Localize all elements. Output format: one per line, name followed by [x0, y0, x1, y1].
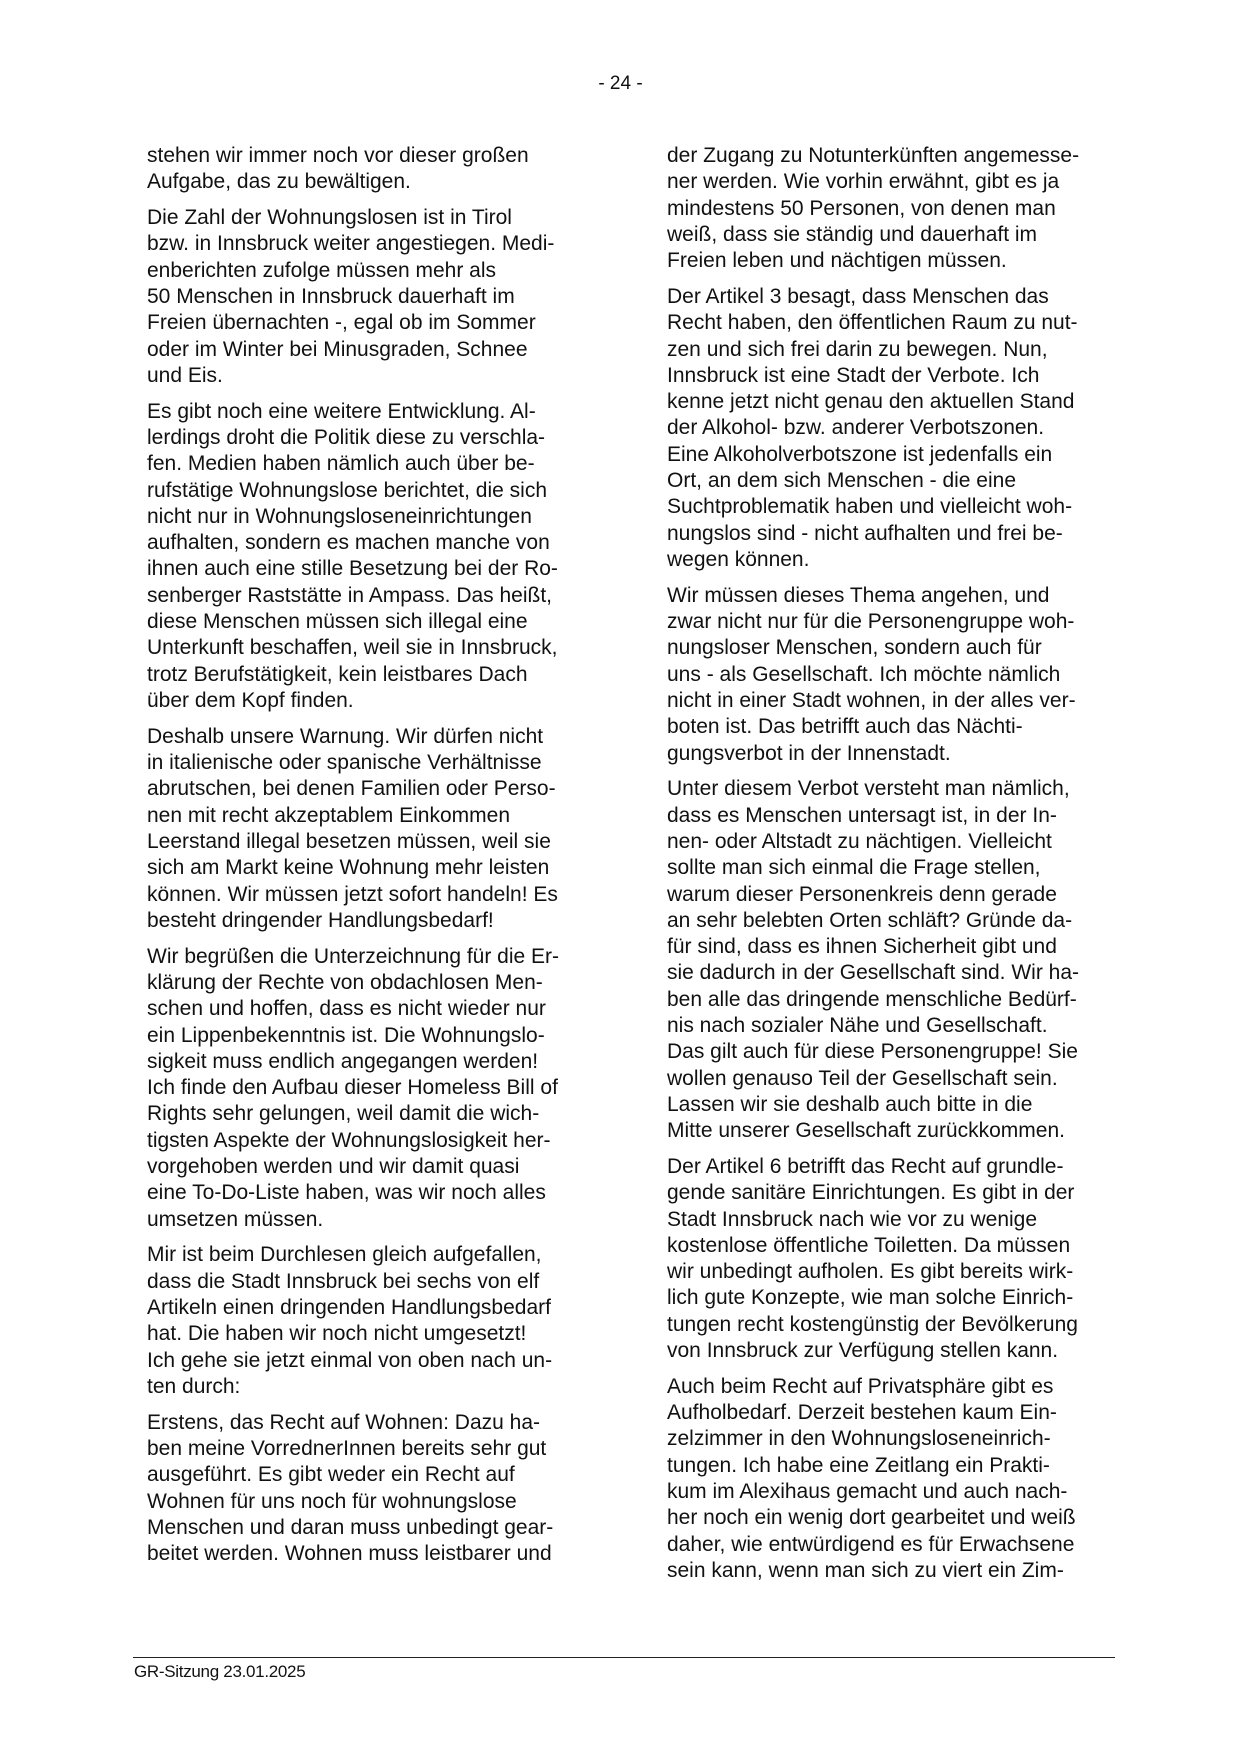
text-line: ausgeführt. Es gibt weder ein Recht auf [147, 1462, 607, 1488]
text-line: Aufgabe, das zu bewältigen. [147, 169, 607, 195]
text-line: stehen wir immer noch vor dieser großen [147, 143, 607, 169]
text-line: kum im Alexihaus gemacht und auch nach- [667, 1479, 1127, 1505]
text-line: Menschen und daran muss unbedingt gear- [147, 1515, 607, 1541]
text-line: ben meine VorrednerInnen bereits sehr gu… [147, 1436, 607, 1462]
text-line: Unter diesem Verbot versteht man nämlich… [667, 776, 1127, 802]
text-line: Lassen wir sie deshalb auch bitte in die [667, 1092, 1127, 1118]
text-line: eine To-Do-Liste haben, was wir noch all… [147, 1180, 607, 1206]
footer-divider [133, 1657, 1115, 1658]
text-line: in italienische oder spanische Verhältni… [147, 750, 607, 776]
text-line: Mitte unserer Gesellschaft zurückkommen. [667, 1118, 1127, 1144]
text-line: zelzimmer in den Wohnungsloseneinrich- [667, 1426, 1127, 1452]
text-line: fen. Medien haben nämlich auch über be- [147, 451, 607, 477]
paragraph: Erstens, das Recht auf Wohnen: Dazu ha-b… [147, 1410, 607, 1568]
text-line: tungen. Ich habe eine Zeitlang ein Prakt… [667, 1453, 1127, 1479]
text-line: Suchtproblematik haben und vielleicht wo… [667, 494, 1127, 520]
text-line: vorgehoben werden und wir damit quasi [147, 1154, 607, 1180]
text-line: besteht dringender Handlungsbedarf! [147, 908, 607, 934]
text-line: nen- oder Altstadt zu nächtigen. Viellei… [667, 829, 1127, 855]
text-line: sein kann, wenn man sich zu viert ein Zi… [667, 1558, 1127, 1584]
text-line: ben alle das dringende menschliche Bedür… [667, 987, 1127, 1013]
text-line: sollte man sich einmal die Frage stellen… [667, 855, 1127, 881]
left-column: stehen wir immer noch vor dieser großenA… [147, 143, 607, 1577]
text-line: rufstätige Wohnungslose berichtet, die s… [147, 478, 607, 504]
text-line: weiß, dass sie ständig und dauerhaft im [667, 222, 1127, 248]
text-line: an sehr belebten Orten schläft? Gründe d… [667, 908, 1127, 934]
paragraph: Es gibt noch eine weitere Entwicklung. A… [147, 399, 607, 715]
text-line: ner werden. Wie vorhin erwähnt, gibt es … [667, 169, 1127, 195]
text-line: ein Lippenbekenntnis ist. Die Wohnungslo… [147, 1023, 607, 1049]
text-line: über dem Kopf finden. [147, 688, 607, 714]
text-line: und Eis. [147, 363, 607, 389]
text-line: aufhalten, sondern es machen manche von [147, 530, 607, 556]
paragraph: der Zugang zu Notunterkünften angemesse-… [667, 143, 1127, 274]
text-line: der Alkohol- bzw. anderer Verbotszonen. [667, 415, 1127, 441]
text-line: schen und hoffen, dass es nicht wieder n… [147, 996, 607, 1022]
text-line: zwar nicht nur für die Personengruppe wo… [667, 609, 1127, 635]
text-line: Aufholbedarf. Derzeit bestehen kaum Ein- [667, 1400, 1127, 1426]
text-line: Wir begrüßen die Unterzeichnung für die … [147, 944, 607, 970]
text-line: klärung der Rechte von obdachlosen Men- [147, 970, 607, 996]
paragraph: Die Zahl der Wohnungslosen ist in Tirolb… [147, 205, 607, 389]
text-line: Deshalb unsere Warnung. Wir dürfen nicht [147, 724, 607, 750]
paragraph: stehen wir immer noch vor dieser großenA… [147, 143, 607, 196]
text-line: nicht nur in Wohnungsloseneinrichtungen [147, 504, 607, 530]
text-line: Freien übernachten -, egal ob im Sommer [147, 310, 607, 336]
text-line: nungslos sind - nicht aufhalten und frei… [667, 521, 1127, 547]
text-line: Innsbruck ist eine Stadt der Verbote. Ic… [667, 363, 1127, 389]
text-line: sie dadurch in der Gesellschaft sind. Wi… [667, 960, 1127, 986]
text-line: Recht haben, den öffentlichen Raum zu nu… [667, 310, 1127, 336]
text-line: Mir ist beim Durchlesen gleich aufgefall… [147, 1242, 607, 1268]
text-line: Artikeln einen dringenden Handlungsbedar… [147, 1295, 607, 1321]
text-line: Auch beim Recht auf Privatsphäre gibt es [667, 1374, 1127, 1400]
text-line: ten durch: [147, 1374, 607, 1400]
text-line: oder im Winter bei Minusgraden, Schnee [147, 337, 607, 363]
paragraph: Der Artikel 6 betrifft das Recht auf gru… [667, 1154, 1127, 1364]
text-line: Wohnen für uns noch für wohnungslose [147, 1489, 607, 1515]
text-line: kenne jetzt nicht genau den aktuellen St… [667, 389, 1127, 415]
text-line: Ort, an dem sich Menschen - die eine [667, 468, 1127, 494]
paragraph: Auch beim Recht auf Privatsphäre gibt es… [667, 1374, 1127, 1584]
paragraph: Wir müssen dieses Thema angehen, undzwar… [667, 583, 1127, 767]
text-line: nicht in einer Stadt wohnen, in der alle… [667, 688, 1127, 714]
text-line: wir unbedingt aufholen. Es gibt bereits … [667, 1259, 1127, 1285]
text-line: Der Artikel 3 besagt, dass Menschen das [667, 284, 1127, 310]
text-line: Der Artikel 6 betrifft das Recht auf gru… [667, 1154, 1127, 1180]
text-line: gungsverbot in der Innenstadt. [667, 741, 1127, 767]
text-line: senberger Raststätte in Ampass. Das heiß… [147, 583, 607, 609]
text-line: 50 Menschen in Innsbruck dauerhaft im [147, 284, 607, 310]
text-line: können. Wir müssen jetzt sofort handeln!… [147, 882, 607, 908]
text-line: tungen recht kostengünstig der Bevölkeru… [667, 1312, 1127, 1338]
text-line: der Zugang zu Notunterkünften angemesse- [667, 143, 1127, 169]
text-line: Das gilt auch für diese Personengruppe! … [667, 1039, 1127, 1065]
text-line: Rights sehr gelungen, weil damit die wic… [147, 1101, 607, 1127]
text-line: dass es Menschen untersagt ist, in der I… [667, 803, 1127, 829]
text-line: Freien leben und nächtigen müssen. [667, 248, 1127, 274]
text-line: wegen können. [667, 547, 1127, 573]
text-line: beitet werden. Wohnen muss leistbarer un… [147, 1541, 607, 1567]
text-line: gende sanitäre Einrichtungen. Es gibt in… [667, 1180, 1127, 1206]
paragraph: Mir ist beim Durchlesen gleich aufgefall… [147, 1242, 607, 1400]
text-line: von Innsbruck zur Verfügung stellen kann… [667, 1338, 1127, 1364]
text-line: uns - als Gesellschaft. Ich möchte nämli… [667, 662, 1127, 688]
text-line: lich gute Konzepte, wie man solche Einri… [667, 1285, 1127, 1311]
text-line: lerdings droht die Politik diese zu vers… [147, 425, 607, 451]
text-line: bzw. in Innsbruck weiter angestiegen. Me… [147, 231, 607, 257]
right-column: der Zugang zu Notunterkünften angemesse-… [667, 143, 1127, 1594]
text-line: nen mit recht akzeptablem Einkommen [147, 803, 607, 829]
text-line: her noch ein wenig dort gearbeitet und w… [667, 1505, 1127, 1531]
text-line: Unterkunft beschaffen, weil sie in Innsb… [147, 635, 607, 661]
text-line: tigsten Aspekte der Wohnungslosigkeit he… [147, 1128, 607, 1154]
text-line: boten ist. Das betrifft auch das Nächti- [667, 714, 1127, 740]
text-line: diese Menschen müssen sich illegal eine [147, 609, 607, 635]
footer-session-label: GR-Sitzung 23.01.2025 [134, 1661, 305, 1683]
text-line: ihnen auch eine stille Besetzung bei der… [147, 556, 607, 582]
text-line: enberichten zufolge müssen mehr als [147, 258, 607, 284]
text-line: zen und sich frei darin zu bewegen. Nun, [667, 337, 1127, 363]
paragraph: Unter diesem Verbot versteht man nämlich… [667, 776, 1127, 1144]
text-line: Eine Alkoholverbotszone ist jedenfalls e… [667, 442, 1127, 468]
paragraph: Wir begrüßen die Unterzeichnung für die … [147, 944, 607, 1233]
text-line: abrutschen, bei denen Familien oder Pers… [147, 776, 607, 802]
text-line: Stadt Innsbruck nach wie vor zu wenige [667, 1207, 1127, 1233]
text-line: umsetzen müssen. [147, 1207, 607, 1233]
text-line: für sind, dass es ihnen Sicherheit gibt … [667, 934, 1127, 960]
page-number: - 24 - [0, 72, 1241, 96]
text-line: trotz Berufstätigkeit, kein leistbares D… [147, 662, 607, 688]
paragraph: Der Artikel 3 besagt, dass Menschen dasR… [667, 284, 1127, 573]
text-line: warum dieser Personenkreis denn gerade [667, 882, 1127, 908]
text-line: kostenlose öffentliche Toiletten. Da müs… [667, 1233, 1127, 1259]
text-line: sigkeit muss endlich angegangen werden! [147, 1049, 607, 1075]
text-line: mindestens 50 Personen, von denen man [667, 196, 1127, 222]
text-line: wollen genauso Teil der Gesellschaft sei… [667, 1066, 1127, 1092]
text-line: Es gibt noch eine weitere Entwicklung. A… [147, 399, 607, 425]
text-line: sich am Markt keine Wohnung mehr leisten [147, 855, 607, 881]
text-line: nis nach sozialer Nähe und Gesellschaft. [667, 1013, 1127, 1039]
text-line: dass die Stadt Innsbruck bei sechs von e… [147, 1269, 607, 1295]
text-line: Leerstand illegal besetzen müssen, weil … [147, 829, 607, 855]
text-line: Ich gehe sie jetzt einmal von oben nach … [147, 1348, 607, 1374]
text-line: Erstens, das Recht auf Wohnen: Dazu ha- [147, 1410, 607, 1436]
text-line: Wir müssen dieses Thema angehen, und [667, 583, 1127, 609]
text-line: Ich finde den Aufbau dieser Homeless Bil… [147, 1075, 607, 1101]
text-line: Die Zahl der Wohnungslosen ist in Tirol [147, 205, 607, 231]
text-line: hat. Die haben wir noch nicht umgesetzt! [147, 1321, 607, 1347]
paragraph: Deshalb unsere Warnung. Wir dürfen nicht… [147, 724, 607, 934]
text-line: daher, wie entwürdigend es für Erwachsen… [667, 1532, 1127, 1558]
text-line: nungsloser Menschen, sondern auch für [667, 635, 1127, 661]
